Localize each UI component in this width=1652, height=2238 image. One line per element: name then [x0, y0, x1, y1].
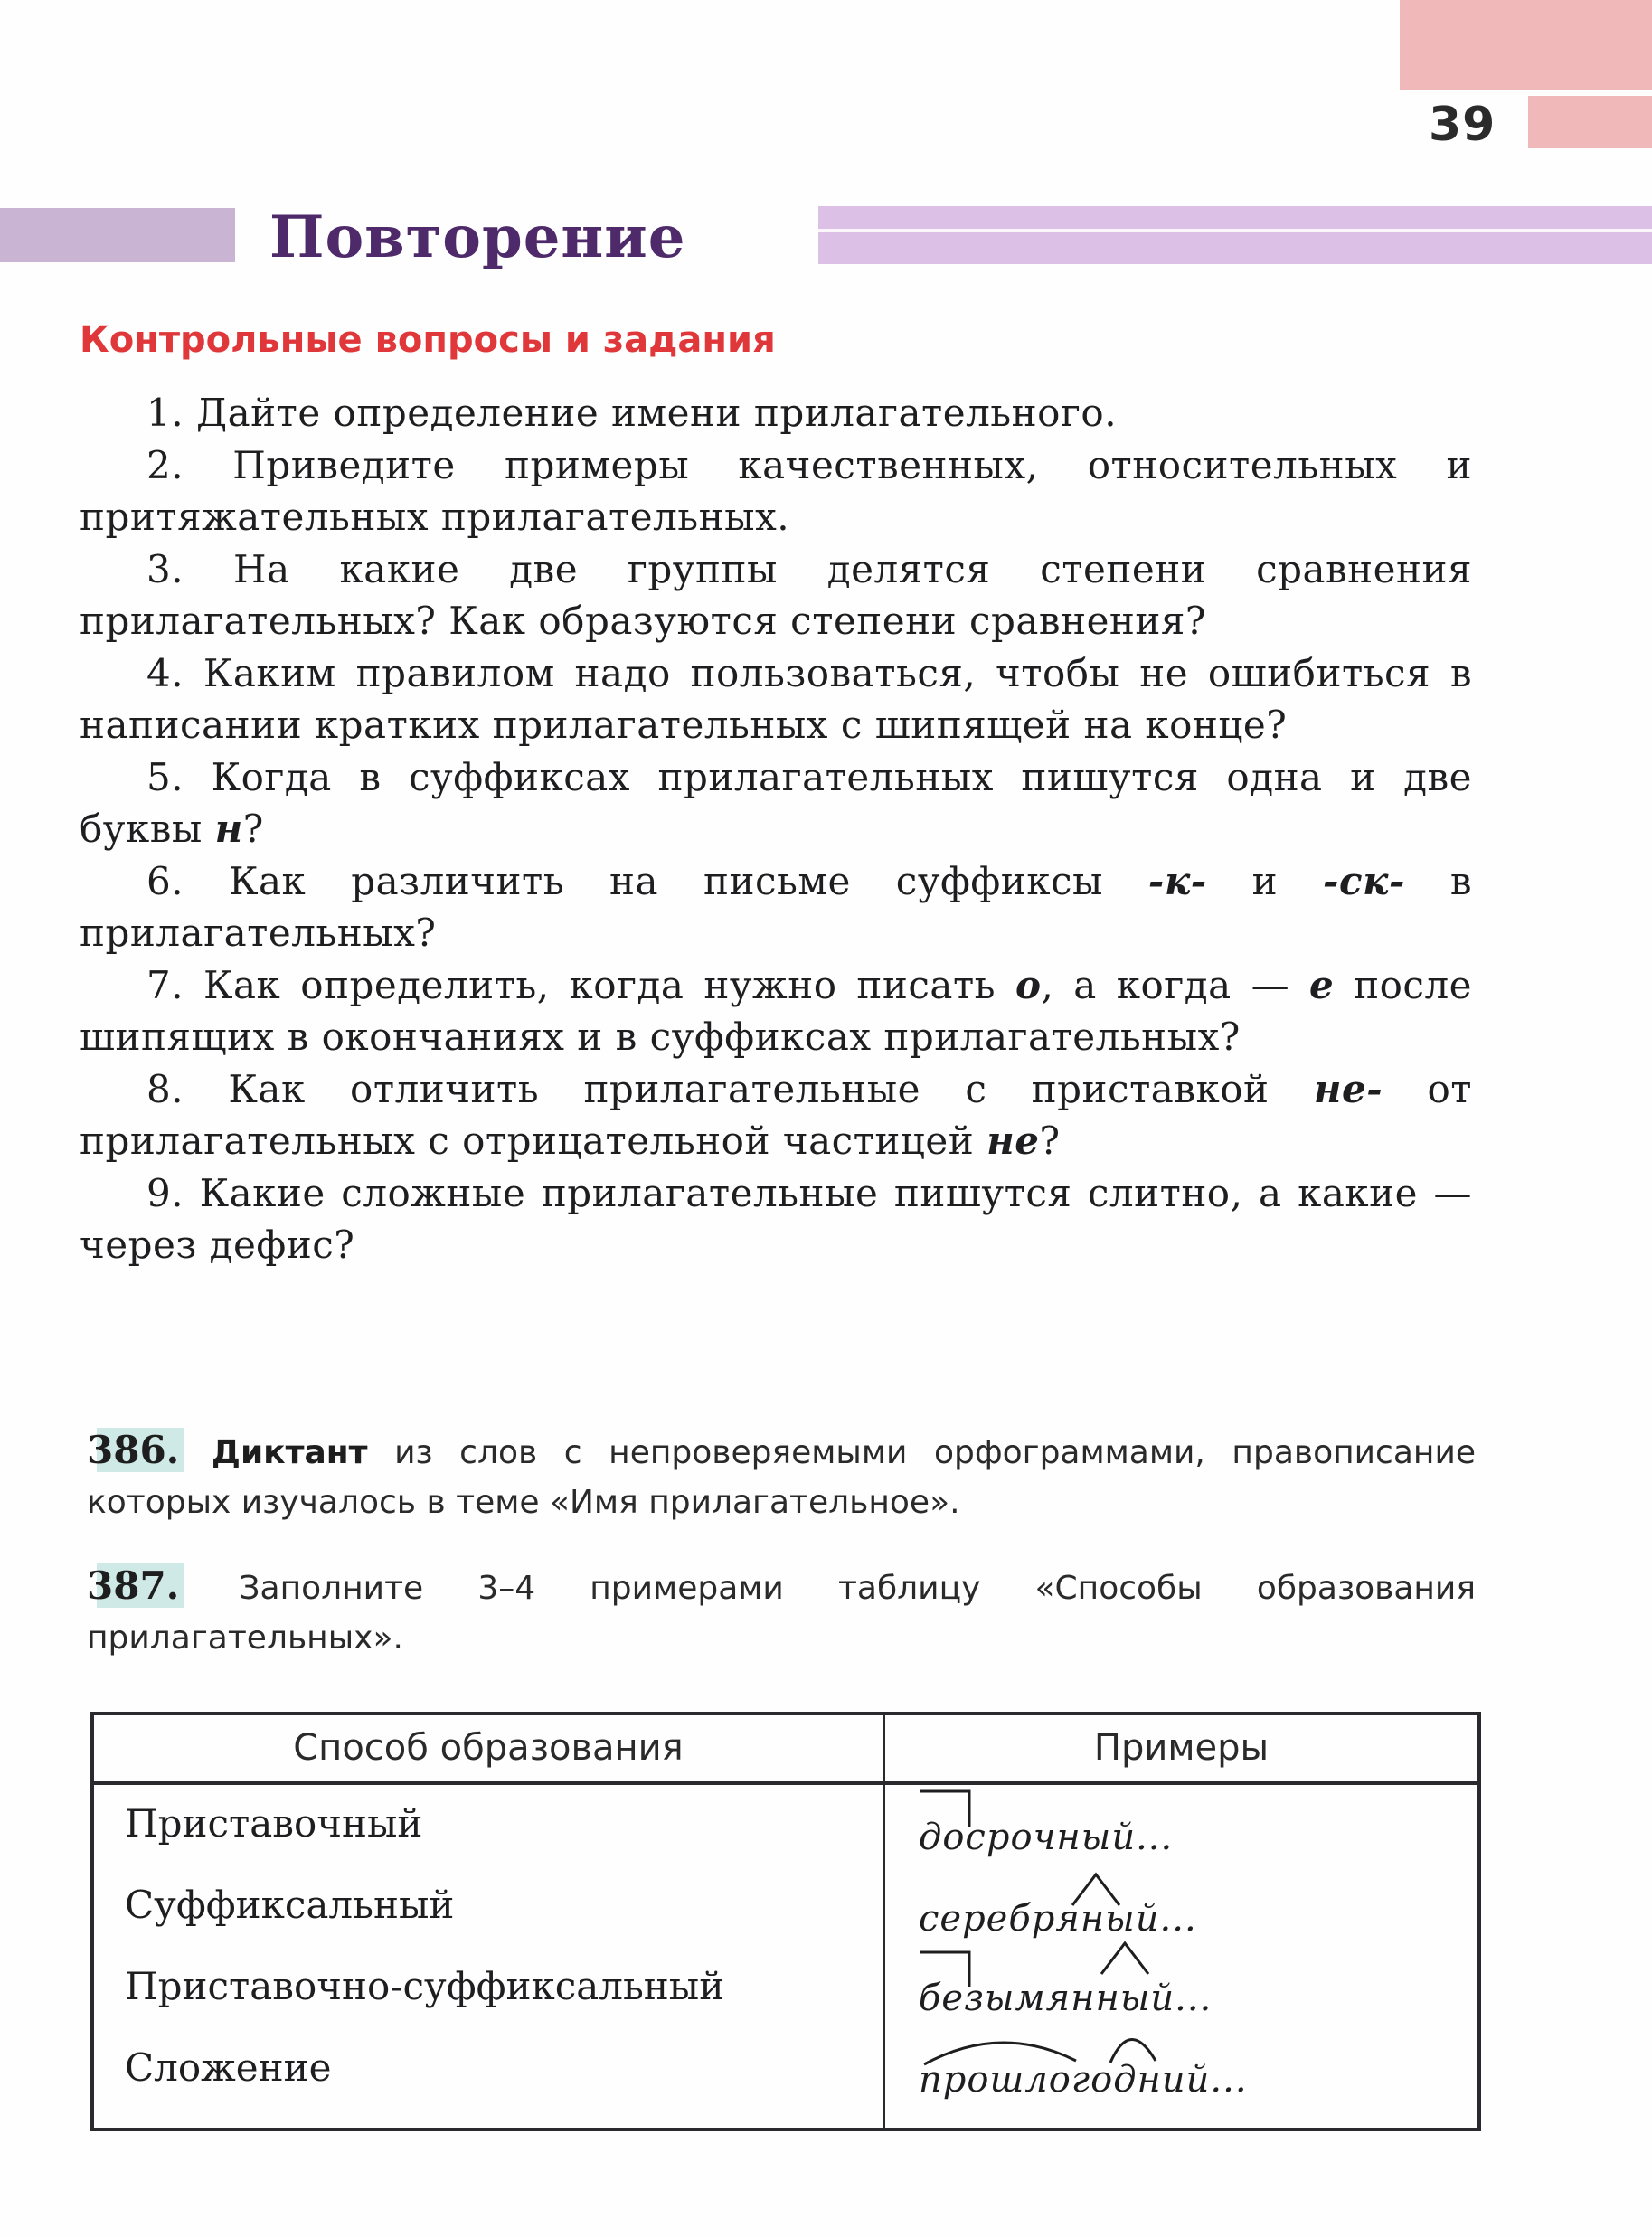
question-number: 6. [146, 859, 184, 903]
question-item: 9. Какие сложные прилагательные пишутся … [80, 1167, 1472, 1271]
table-row-example: безымянный... [919, 1978, 1212, 2019]
question-text: Как определить, когда нужно писать [203, 963, 1015, 1007]
question-item: 7. Как определить, когда нужно писать о,… [80, 959, 1472, 1063]
table-row-example: серебряный... [919, 1898, 1197, 1940]
emphasized-morpheme: -ск- [1323, 859, 1405, 903]
decorative-band-purple-right [818, 206, 1652, 264]
table-header: Способ образования Примеры [94, 1715, 1477, 1785]
question-item: 8. Как отличить прилагательные с пристав… [80, 1063, 1472, 1167]
exercise-number: 386. [87, 1428, 184, 1472]
question-text: Дайте определение имени прилагательного. [196, 391, 1117, 435]
question-text: Как различить на письме суффиксы [229, 859, 1148, 903]
table-row-method: Приставочный [125, 1801, 422, 1846]
exercise-keyword: Диктант [212, 1434, 368, 1471]
table-row-example: досрочный... [919, 1817, 1173, 1858]
word-formation-table: Способ образования Примеры Приставочный … [90, 1712, 1481, 2131]
question-text: Каким правилом надо пользоваться, чтобы … [80, 651, 1472, 748]
question-text: На какие две группы делятся степени срав… [80, 547, 1472, 644]
decorative-band-pink-top [1400, 0, 1652, 90]
emphasized-morpheme: не- [1314, 1067, 1383, 1111]
question-number: 5. [146, 755, 184, 799]
question-text: Какие сложные прилагательные пишутся сли… [80, 1171, 1472, 1268]
question-number: 3. [146, 547, 184, 591]
exercise-text: Заполните 3–4 примерами таблицу «Способы… [87, 1570, 1476, 1657]
question-item: 6. Как различить на письме суффиксы -к- … [80, 855, 1472, 959]
question-number: 4. [146, 651, 184, 695]
question-number: 8. [146, 1067, 184, 1111]
question-number: 7. [146, 963, 184, 1007]
question-item: 3. На какие две группы делятся степени с… [80, 543, 1472, 647]
question-number: 9. [146, 1171, 184, 1215]
header-examples: Примеры [885, 1715, 1477, 1781]
question-item: 2. Приведите примеры качественных, относ… [80, 439, 1472, 543]
column-divider [883, 1715, 885, 2128]
exercise-387: 387. Заполните 3–4 примерами таблицу «Сп… [87, 1561, 1476, 1663]
header-method: Способ образования [94, 1715, 883, 1781]
emphasized-morpheme: н [215, 807, 243, 851]
question-number: 2. [146, 443, 184, 487]
emphasized-morpheme: -к- [1148, 859, 1207, 903]
decorative-band-purple-left [0, 208, 235, 262]
section-subtitle: Контрольные вопросы и задания [80, 315, 776, 365]
question-item: 1. Дайте определение имени прилагательно… [80, 387, 1472, 439]
emphasized-morpheme: е [1309, 963, 1334, 1007]
emphasized-morpheme: не [986, 1119, 1039, 1163]
emphasized-morpheme: о [1015, 963, 1042, 1007]
decorative-band-pink-page-number [1528, 96, 1652, 148]
question-item: 5. Когда в суффиксах прилагательных пишу… [80, 751, 1472, 855]
section-title: Повторение [269, 197, 685, 279]
question-text: Как отличить прилагательные с приставкой [228, 1067, 1313, 1111]
table-row-method: Сложение [125, 2045, 331, 2090]
page-number: 39 [1429, 98, 1496, 152]
table-row-method: Суффиксальный [125, 1883, 454, 1927]
question-list: 1. Дайте определение имени прилагательно… [80, 387, 1472, 1271]
exercise-386: 386. Диктант из слов с непроверяемыми ор… [87, 1425, 1476, 1527]
question-number: 1. [146, 391, 184, 435]
question-text: ? [243, 807, 264, 851]
question-text: , а когда — [1041, 963, 1309, 1007]
question-text: Приведите примеры качественных, относите… [80, 443, 1472, 540]
question-text: ? [1039, 1119, 1060, 1163]
table-row-example: прошлогодний... [919, 2059, 1248, 2101]
question-text: и [1207, 859, 1323, 903]
question-text: Когда в суффиксах прилагательных пишутся… [80, 755, 1472, 852]
question-item: 4. Каким правилом надо пользоваться, что… [80, 647, 1472, 751]
table-row-method: Приставочно-суффиксальный [125, 1964, 724, 2008]
exercise-number: 387. [87, 1563, 184, 1608]
suffix-mark-icon [1098, 1940, 1152, 1976]
